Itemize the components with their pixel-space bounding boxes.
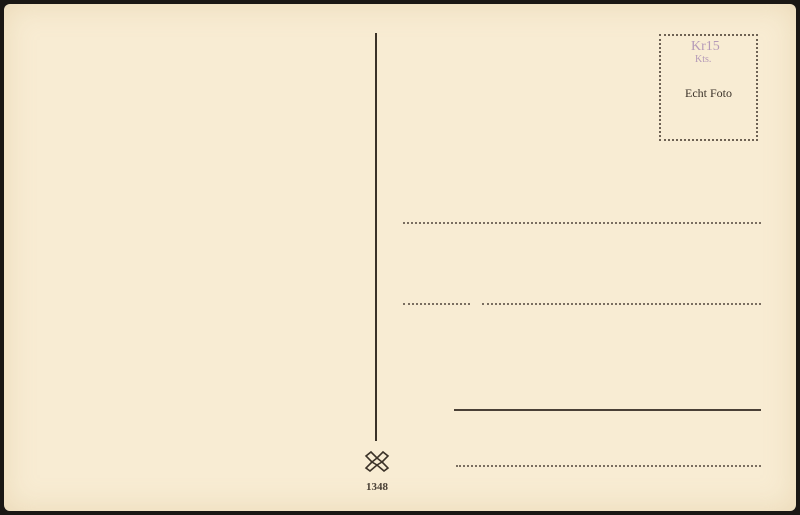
address-line-4: [456, 465, 761, 467]
address-line-2a: [403, 303, 470, 305]
crossed-hammers-logo-icon: [364, 450, 390, 472]
address-line-1: [403, 222, 761, 224]
price-mark-line2: Kts.: [695, 53, 720, 66]
publisher-number: 1348: [357, 481, 397, 493]
stamp-box-label: Echt Foto: [661, 86, 756, 101]
address-line-2b: [482, 303, 761, 305]
price-stamp-mark: Kr15 Kts.: [691, 40, 720, 66]
price-mark-line1: Kr15: [691, 40, 720, 53]
stamp-box: Kr15 Kts. Echt Foto: [659, 34, 758, 141]
address-line-3: [454, 409, 761, 411]
center-divider-line: [375, 33, 377, 441]
